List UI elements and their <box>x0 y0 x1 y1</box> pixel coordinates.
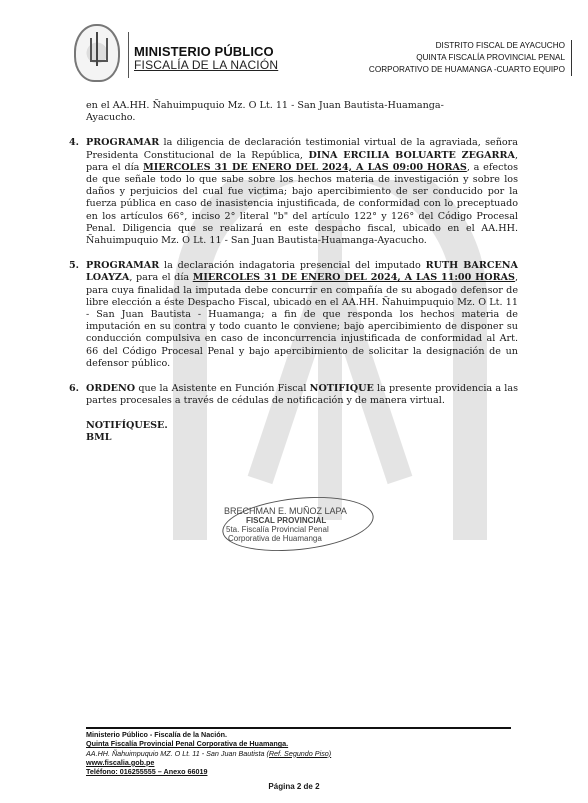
footer-address: AA.HH. Ñahuimpuquio MZ. O Lt. 11 - San J… <box>86 749 511 758</box>
prosecutor-stamp: BRECHMAN E. MUÑOZ LAPA FISCAL PROVINCIAL… <box>222 498 382 554</box>
list-item-4: 4. PROGRAMAR la diligencia de declaració… <box>86 137 518 247</box>
item-verb: ORDENO <box>86 383 135 394</box>
stamp-office-2: Corporativa de Huamanga <box>228 534 322 543</box>
item-number: 5. <box>69 260 79 272</box>
notify-keyword: NOTIFIQUE <box>310 383 374 394</box>
stamp-title: FISCAL PROVINCIAL <box>246 516 326 525</box>
header-divider <box>128 32 129 78</box>
list-item-5: 5. PROGRAMAR la declaración indagatoria … <box>86 260 518 370</box>
district-block: DISTRITO FISCAL DE AYACUCHO QUINTA FISCA… <box>369 40 572 76</box>
item-verb: PROGRAMAR <box>86 137 159 148</box>
scheduled-date: MIERCOLES 31 DE ENERO DEL 2024, A LAS 09… <box>143 162 467 173</box>
stamp-office: 5ta. Fiscalía Provincial Penal <box>226 525 329 534</box>
list-item-6: 6. ORDENO que la Asistente en Función Fi… <box>86 383 518 407</box>
item-number: 6. <box>69 383 79 395</box>
closing-initials: BML <box>86 432 518 444</box>
footer-org: Ministerio Público - Fiscalía de la Naci… <box>86 730 511 739</box>
footer-divider <box>86 727 511 729</box>
footer-office: Quinta Fiscalía Provincial Penal Corpora… <box>86 739 511 748</box>
footer-phone: Teléfono: 016255555 – Anexo 66019 <box>86 767 511 776</box>
person-name: DINA ERCILIA BOLUARTE ZEGARRA <box>308 150 515 161</box>
ministerio-publico-seal-icon <box>74 24 120 82</box>
footer-website-link[interactable]: www.fiscalia.gob.pe <box>86 758 511 767</box>
org-name: MINISTERIO PÚBLICO <box>134 44 274 59</box>
continuation-paragraph: en el AA.HH. Ñahuimpuquio Mz. O Lt. 11 -… <box>86 100 518 124</box>
district-line: DISTRITO FISCAL DE AYACUCHO <box>369 40 565 52</box>
document-body: en el AA.HH. Ñahuimpuquio Mz. O Lt. 11 -… <box>86 100 518 444</box>
stamp-name: BRECHMAN E. MUÑOZ LAPA <box>224 506 347 516</box>
closing-notify: NOTIFÍQUESE. <box>86 420 518 432</box>
item-number: 4. <box>69 137 79 149</box>
document-footer: Ministerio Público - Fiscalía de la Naci… <box>86 730 511 776</box>
item-verb: PROGRAMAR <box>86 260 159 271</box>
document-header: MINISTERIO PÚBLICO FISCALÍA DE LA NACIÓN… <box>70 22 580 92</box>
closing-block: NOTIFÍQUESE. BML <box>86 420 518 444</box>
page-number: Página 2 de 2 <box>0 782 588 791</box>
org-subtitle: FISCALÍA DE LA NACIÓN <box>134 58 278 72</box>
district-line: CORPORATIVO DE HUAMANGA -CUARTO EQUIPO <box>369 64 565 76</box>
scheduled-date: MIERCOLES 31 DE ENERO DEL 2024, A LAS 11… <box>193 272 515 283</box>
district-line: QUINTA FISCALÍA PROVINCIAL PENAL <box>369 52 565 64</box>
